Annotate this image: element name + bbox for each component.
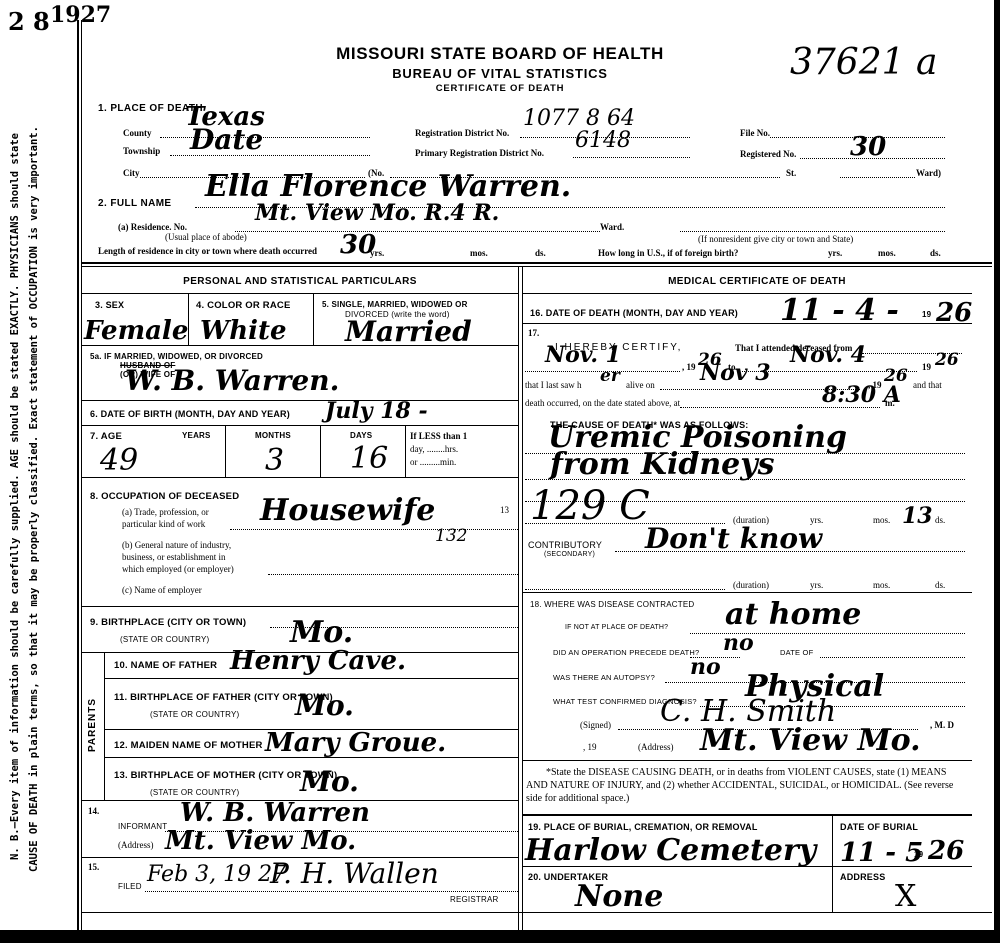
to-year-prefix: 19 xyxy=(922,362,931,372)
father-name-value: Henry Cave. xyxy=(230,648,406,674)
age-days-label: DAYS xyxy=(350,431,372,440)
autopsy-value: no xyxy=(690,656,721,678)
scan-edge-bottom xyxy=(0,930,1000,943)
birthplace-state-label: (STATE OR COUNTRY) xyxy=(120,635,209,644)
trade-code: 13 xyxy=(500,505,509,515)
father-birthplace-state-label: (STATE OR COUNTRY) xyxy=(150,710,239,719)
contracted-label: 18. WHERE WAS DISEASE CONTRACTED xyxy=(530,600,694,609)
physician-address-value: Mt. View Mo. xyxy=(700,726,921,756)
ward-label: Ward) xyxy=(916,168,941,178)
residence-mos-label: mos. xyxy=(470,248,488,258)
residence-label: (a) Residence. No. xyxy=(118,222,187,232)
street-label: St. xyxy=(786,168,796,178)
registrar-label: REGISTRAR xyxy=(450,895,498,904)
primary-registration-value: 6148 xyxy=(575,130,631,152)
death-occurred-label: death occurred, on the date stated above… xyxy=(525,398,680,408)
registration-district-value: 1077 8 64 xyxy=(523,108,635,130)
mother-birthplace-state-label: (STATE OR COUNTRY) xyxy=(150,788,239,797)
contributory-ds-label: ds. xyxy=(935,580,945,590)
medical-certificate-heading: MEDICAL CERTIFICATE OF DEATH xyxy=(522,276,992,287)
last-saw-value: er xyxy=(600,368,620,385)
burial-date-year-prefix: 19 xyxy=(914,850,923,859)
attended-to-value: Nov. 4 xyxy=(790,344,866,366)
less-than-hours: day, ........hrs. xyxy=(410,444,458,454)
race-value: White xyxy=(200,318,287,344)
burial-date-label: DATE OF BURIAL xyxy=(840,822,918,832)
sex-value: Female xyxy=(84,318,188,344)
industry-field[interactable] xyxy=(268,563,518,575)
physician-address-label: (Address) xyxy=(638,742,674,752)
burial-date-value: 11 - 5 xyxy=(840,840,923,866)
residence-ward-label: Ward. xyxy=(600,222,624,232)
form-title: MISSOURI STATE BOARD OF HEALTH xyxy=(0,44,1000,64)
contributory-value: Don't know xyxy=(645,525,822,553)
filed-num: 15. xyxy=(88,862,99,872)
contracted-value: at home xyxy=(725,600,861,630)
scan-edge-right xyxy=(994,0,1000,943)
residence-sublabel: (Usual place of abode) xyxy=(165,232,247,242)
trade-label: (a) Trade, profession, or xyxy=(122,507,209,517)
informant-address-label: (Address) xyxy=(118,840,154,850)
sex-label: 3. SEX xyxy=(95,300,124,310)
undertaker-address-label: ADDRESS xyxy=(840,872,885,882)
dob-value: July 18 - xyxy=(325,400,428,422)
alive-on-label: alive on xyxy=(626,380,655,390)
industry-label-2: business, or establishment in xyxy=(122,552,226,562)
mother-birthplace-value: Mo. xyxy=(300,768,359,796)
secondary-label: (SECONDARY) xyxy=(544,551,595,558)
from-year-prefix: , 19 xyxy=(682,362,696,372)
contributory-line-2-field[interactable] xyxy=(525,578,725,590)
age-years-label: YEARS xyxy=(182,431,211,440)
city-label: City xyxy=(123,168,140,178)
margin-note-line1: N. B.—Every item of information should b… xyxy=(9,133,21,860)
birthplace-label: 9. BIRTHPLACE (CITY OR TOWN) xyxy=(90,617,246,628)
marital-status-value: Married xyxy=(345,318,472,346)
age-months-label: MONTHS xyxy=(255,431,291,440)
last-saw-label: that I last saw h xyxy=(525,380,582,390)
date-of-death-label: 16. DATE OF DEATH (MONTH, DAY AND YEAR) xyxy=(530,308,738,318)
undertaker-address-value: X xyxy=(895,882,916,912)
foreign-birth-label: How long in U.S., if of foreign birth? xyxy=(598,248,738,258)
filed-label: FILED xyxy=(118,882,142,891)
form-name: CERTIFICATE OF DEATH xyxy=(0,83,1000,94)
signed-year-label: , 19 xyxy=(583,742,597,752)
full-name-label: 2. FULL NAME xyxy=(98,198,172,209)
industry-label: (b) General nature of industry, xyxy=(122,540,231,550)
full-name-value: Ella Florence Warren. xyxy=(205,172,571,202)
contributory-duration-label: (duration) xyxy=(733,580,769,590)
autopsy-label: WAS THERE AN AUTOPSY? xyxy=(553,673,655,682)
nonresident-note: (If nonresident give city or town and St… xyxy=(698,234,853,244)
age-days-value: 16 xyxy=(350,444,388,474)
marital-status-label: 5. SINGLE, MARRIED, WIDOWED OR xyxy=(322,300,468,309)
mother-name-label: 12. MAIDEN NAME OF MOTHER xyxy=(114,740,263,751)
corner-stamp-number: 2 8 xyxy=(8,10,50,34)
personal-particulars-heading: PERSONAL AND STATISTICAL PARTICULARS xyxy=(82,276,518,287)
foreign-mos-label: mos. xyxy=(878,248,896,258)
residence-ds-label: ds. xyxy=(535,248,546,258)
spouse-label: 5a. IF MARRIED, WIDOWED, OR DIVORCED xyxy=(90,352,263,361)
contributory-yrs-label: yrs. xyxy=(810,580,823,590)
registrar-value: P. H. Wallen xyxy=(270,860,439,888)
duration-ds-label: ds. xyxy=(935,515,945,525)
spouse-value: W. B. Warren. xyxy=(125,367,339,395)
operation-label: DID AN OPERATION PRECEDE DEATH? xyxy=(553,648,699,657)
trade-label-2: particular kind of work xyxy=(122,519,205,529)
less-than-label: If LESS than 1 xyxy=(410,431,467,441)
length-of-residence-label: Length of residence in city or town wher… xyxy=(98,246,317,256)
informant-num: 14. xyxy=(88,806,99,816)
father-birthplace-value: Mo. xyxy=(295,692,354,720)
less-than-minutes: or .........min. xyxy=(410,457,456,467)
file-no-label: File No. xyxy=(740,128,770,138)
burial-place-value: Harlow Cemetery xyxy=(525,836,816,866)
operation-date-field[interactable] xyxy=(820,646,965,658)
burial-date-year: 26 xyxy=(928,838,964,864)
operation-date-label: DATE OF xyxy=(780,648,813,657)
duration-days-value: 13 xyxy=(902,505,933,527)
contributory-label: CONTRIBUTORY xyxy=(528,540,602,550)
cause-line-2-value: from Kidneys xyxy=(550,450,775,480)
contracted-sublabel: IF NOT AT PLACE OF DEATH? xyxy=(565,624,668,631)
residence-value: Mt. View Mo. R.4 R. xyxy=(255,202,499,224)
cause-line-3-field[interactable] xyxy=(525,490,965,502)
attended-from-value: Nov. 1 xyxy=(545,344,621,366)
date-of-death-year-prefix: 19 xyxy=(922,310,931,319)
alive-on-value: Nov 3 xyxy=(700,362,771,384)
certify-num: 17. xyxy=(528,328,539,338)
burial-place-label: 19. PLACE OF BURIAL, CREMATION, OR REMOV… xyxy=(528,822,758,832)
to-year-value: 26 xyxy=(935,352,959,369)
registration-district-label: Registration District No. xyxy=(415,128,509,138)
date-of-death-value: 11 - 4 - xyxy=(780,296,899,326)
filed-date-value: Feb 3, 19 27 xyxy=(147,864,286,886)
birthplace-value: Mo. xyxy=(290,618,353,648)
county-label: County xyxy=(123,128,152,138)
death-time-suffix: m. xyxy=(885,398,895,408)
ward-field[interactable] xyxy=(840,166,915,178)
signed-label: (Signed) xyxy=(580,720,611,730)
age-label: 7. AGE xyxy=(90,431,122,442)
cause-footnote: *State the DISEASE CAUSING DEATH, or in … xyxy=(526,766,968,805)
foreign-ds-label: ds. xyxy=(930,248,941,258)
township-label: Township xyxy=(123,146,160,156)
age-months-value: 3 xyxy=(265,446,284,476)
occupation-label: 8. OCCUPATION OF DECEASED xyxy=(90,491,239,502)
and-that-label: and that xyxy=(913,380,942,390)
employer-label: (c) Name of employer xyxy=(122,585,202,595)
race-label: 4. COLOR OR RACE xyxy=(196,300,291,311)
operation-value: no xyxy=(723,632,754,654)
father-name-label: 10. NAME OF FATHER xyxy=(114,660,217,671)
residence-yrs-label: yrs. xyxy=(370,248,384,258)
informant-address-value: Mt. View Mo. xyxy=(165,828,356,854)
trade-code-2: 132 xyxy=(435,528,467,545)
trade-value: Housewife xyxy=(260,496,435,526)
informant-value: W. B. Warren xyxy=(180,800,370,826)
md-label: , M. D xyxy=(930,720,954,730)
township-value: Date xyxy=(190,126,263,154)
contributory-mos-label: mos. xyxy=(873,580,890,590)
dob-label: 6. DATE OF BIRTH (MONTH, DAY AND YEAR) xyxy=(90,409,290,419)
undertaker-value: None xyxy=(575,882,663,912)
industry-label-3: which employed (or employer) xyxy=(122,564,234,574)
primary-registration-label: Primary Registration District No. xyxy=(415,148,544,158)
foreign-yrs-label: yrs. xyxy=(828,248,842,258)
nonresident-field[interactable] xyxy=(680,220,945,232)
parents-side-label: PARENTS xyxy=(87,698,98,752)
registered-no-value: 30 xyxy=(850,134,886,160)
margin-note-line2: CAUSE OF DEATH in plain terms, so that i… xyxy=(28,126,40,872)
mother-name-value: Mary Groue. xyxy=(265,730,446,756)
registered-no-label: Registered No. xyxy=(740,149,796,159)
duration-mos-label: mos. xyxy=(873,515,890,525)
informant-label: INFORMANT xyxy=(118,822,167,831)
age-years-value: 49 xyxy=(100,446,138,476)
form-subtitle: BUREAU OF VITAL STATISTICS xyxy=(0,66,1000,81)
